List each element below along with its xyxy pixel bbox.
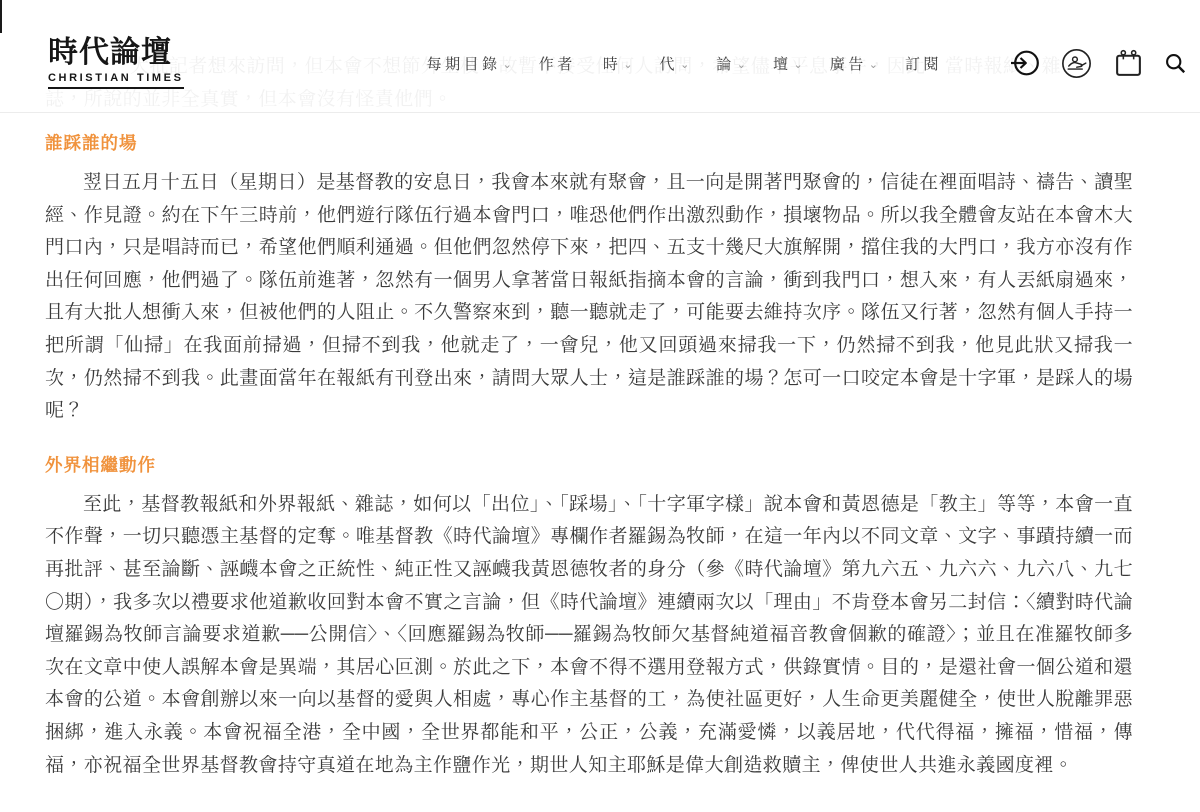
- article-paragraph: 至此，基督教報紙和外界報紙、雜誌，如何以「出位」、「踩場」、「十字軍字樣」說本會…: [45, 489, 1133, 782]
- nav-item-subscribe[interactable]: 訂閱: [905, 53, 942, 74]
- nav-item-shi[interactable]: 時 ⌄: [603, 53, 633, 74]
- chevron-down-icon: ⌄: [503, 58, 512, 71]
- nav-item-label: 論: [716, 53, 735, 74]
- logo-title: 時代論壇: [48, 37, 184, 69]
- nav-item-label: 壇: [773, 53, 792, 74]
- donate-icon[interactable]: [1061, 48, 1092, 79]
- section-heading: 外界相繼動作: [45, 452, 1133, 477]
- nav-item-label: 每期目錄: [427, 53, 501, 74]
- calendar-icon[interactable]: [1113, 48, 1144, 79]
- section-heading: 誰踩誰的場: [45, 130, 1133, 155]
- nav-item-label: 廣告: [830, 53, 867, 74]
- nav-item-lun[interactable]: 論 ⌄: [716, 53, 746, 74]
- chevron-down-icon: ⌄: [869, 58, 878, 71]
- nav-item-label: 代: [660, 53, 679, 74]
- main-nav: 每期目錄 ⌄ 作者 時 ⌄ 代 ⌄ 論 ⌄ 壇 ⌄ 廣告 ⌄ 訂閱: [427, 53, 942, 74]
- chevron-down-icon: ⌄: [623, 58, 632, 71]
- chevron-down-icon: ⌄: [794, 58, 803, 71]
- chevron-down-icon: ⌄: [737, 58, 746, 71]
- nav-item-label: 訂閱: [905, 53, 942, 74]
- nav-item-tan[interactable]: 壇 ⌄: [773, 53, 803, 74]
- nav-item-issue-index[interactable]: 每期目錄 ⌄: [427, 53, 512, 74]
- article-paragraph: 翌日五月十五日（星期日）是基督教的安息日，我會本來就有聚會，且一向是開著門聚會的…: [45, 167, 1133, 428]
- nav-item-authors[interactable]: 作者: [539, 53, 576, 74]
- article-body: 誰踩誰的場 翌日五月十五日（星期日）是基督教的安息日，我會本來就有聚會，且一向是…: [0, 113, 1200, 806]
- nav-item-dai[interactable]: 代 ⌄: [660, 53, 690, 74]
- logo-subtitle: CHRISTIAN TIMES: [48, 69, 184, 89]
- window-edge-artifact: [0, 0, 2, 33]
- nav-item-ads[interactable]: 廣告 ⌄: [830, 53, 878, 74]
- article-section: 外界相繼動作 至此，基督教報紙和外界報紙、雜誌，如何以「出位」、「踩場」、「十字…: [45, 452, 1133, 782]
- site-logo[interactable]: 時代論壇 CHRISTIAN TIMES: [48, 37, 184, 90]
- login-icon[interactable]: [1010, 48, 1040, 78]
- nav-item-label: 作者: [539, 53, 576, 74]
- site-header: 時代論壇 CHRISTIAN TIMES 每期目錄 ⌄ 作者 時 ⌄ 代 ⌄ 論…: [0, 0, 1200, 113]
- header-icons: [1010, 48, 1186, 79]
- search-icon[interactable]: [1165, 53, 1186, 74]
- chevron-down-icon: ⌄: [680, 58, 689, 71]
- nav-item-label: 時: [603, 53, 622, 74]
- article-section: 誰踩誰的場 翌日五月十五日（星期日）是基督教的安息日，我會本來就有聚會，且一向是…: [45, 130, 1133, 428]
